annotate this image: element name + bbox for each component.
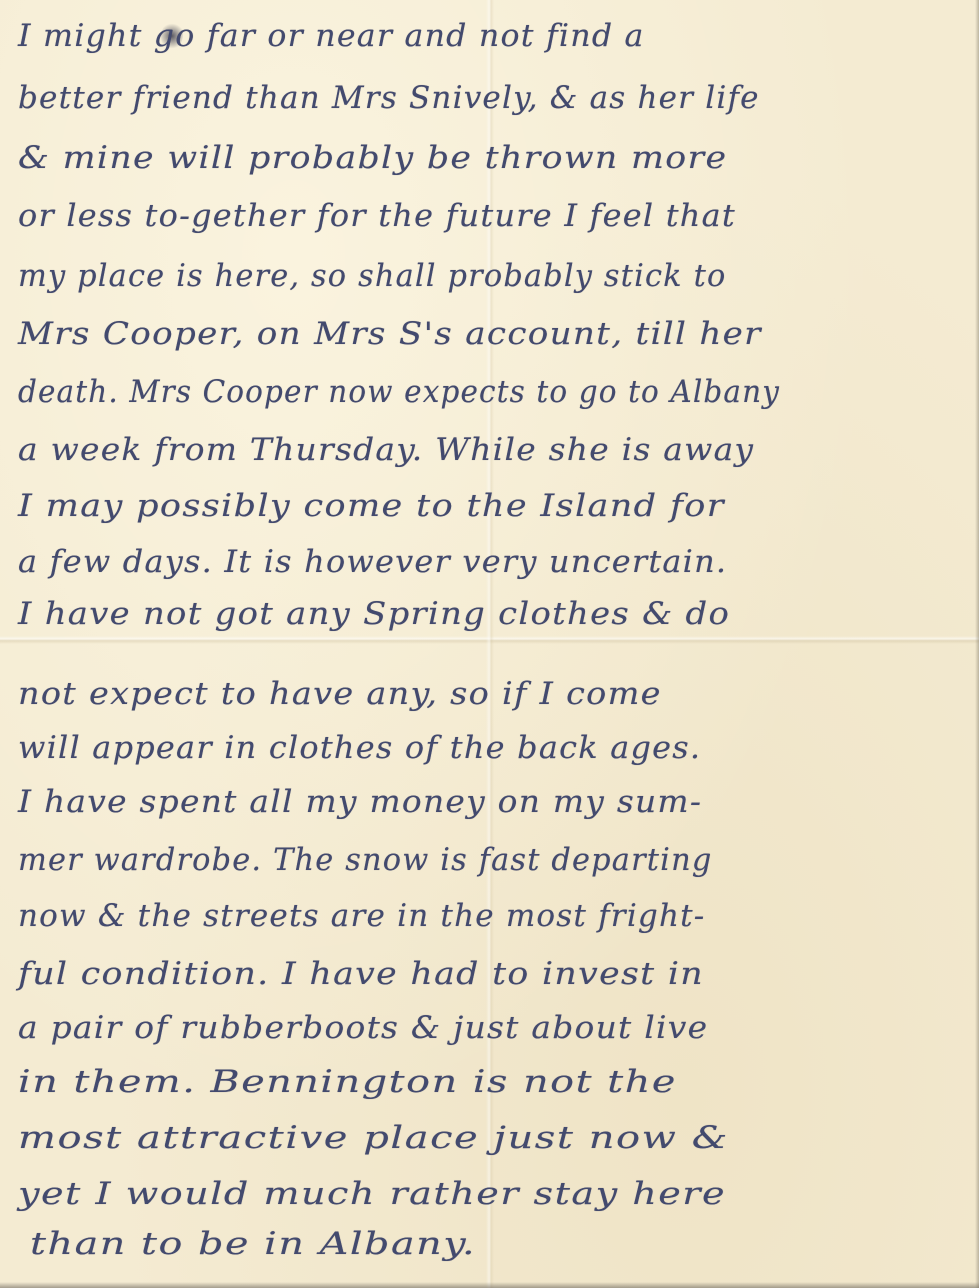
letter-line: yet I would much rather stay here (18, 1176, 726, 1212)
letter-line: ful condition. I have had to invest in (18, 956, 704, 992)
letter-line: my place is here, so shall probably stic… (18, 258, 726, 294)
letter-line: I have spent all my money on my sum- (18, 784, 702, 820)
letter-line: or less to-gether for the future I feel … (18, 198, 736, 234)
letter-line: than to be in Albany. (30, 1226, 476, 1262)
letter-line: & mine will probably be thrown more (18, 140, 727, 176)
letter-line: a pair of rubberboots & just about live (18, 1010, 708, 1046)
letter-line: I might go far or near and not find a (18, 18, 645, 54)
letter-page: I might go far or near and not find a be… (0, 0, 979, 1288)
letter-line: a few days. It is however very uncertain… (18, 544, 727, 580)
letter-line: death. Mrs Cooper now expects to go to A… (18, 374, 780, 410)
letter-line: I may possibly come to the Island for (18, 488, 725, 524)
letter-line: now & the streets are in the most fright… (18, 898, 705, 934)
letter-line: mer wardrobe. The snow is fast departing (18, 842, 712, 878)
letter-line: not expect to have any, so if I come (18, 676, 662, 712)
letter-line: in them. Bennington is not the (18, 1064, 677, 1100)
letter-line: a week from Thursday. While she is away (18, 432, 754, 468)
letter-line: I have not got any Spring clothes & do (18, 596, 730, 632)
handwritten-text: I might go far or near and not find a be… (0, 0, 979, 1288)
paper-edge-right (975, 0, 979, 1288)
letter-line: Mrs Cooper, on Mrs S's account, till her (18, 316, 762, 352)
letter-line: will appear in clothes of the back ages. (18, 730, 701, 766)
paper-edge-bottom (0, 1282, 979, 1288)
letter-line: better friend than Mrs Snively, & as her… (18, 80, 760, 116)
letter-line: most attractive place just now & (18, 1120, 729, 1156)
